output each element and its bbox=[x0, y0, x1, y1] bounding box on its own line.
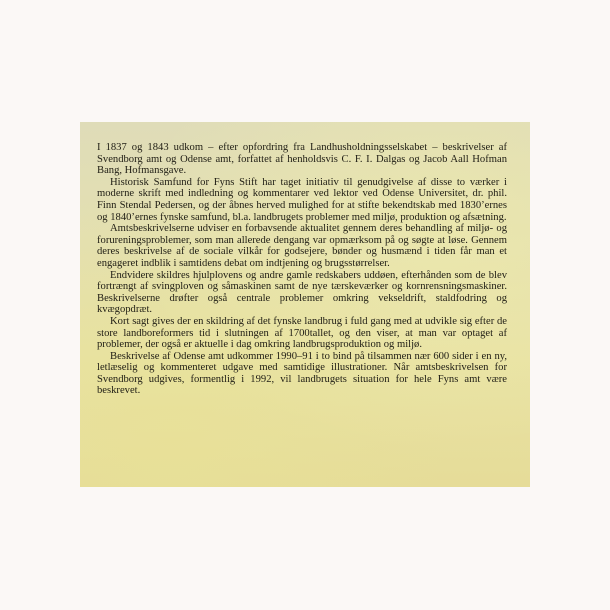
paragraph-republication: Historisk Samfund for Fyns Stift har tag… bbox=[97, 177, 507, 223]
scanned-page: I 1837 og 1843 udkom – efter opfordring … bbox=[80, 122, 530, 487]
paragraph-relevance: Amtsbeskrivelserne udviser en forbavsend… bbox=[97, 223, 507, 269]
paragraph-publication: Beskrivelse af Odense amt udkommer 1990–… bbox=[97, 351, 507, 397]
paragraph-tools: Endvidere skildres hjulplovens og andre … bbox=[97, 270, 507, 316]
body-text: I 1837 og 1843 udkom – efter opfordring … bbox=[97, 142, 507, 397]
paragraph-intro: I 1837 og 1843 udkom – efter opfordring … bbox=[97, 142, 507, 177]
paragraph-summary: Kort sagt gives der en skildring af det … bbox=[97, 316, 507, 351]
